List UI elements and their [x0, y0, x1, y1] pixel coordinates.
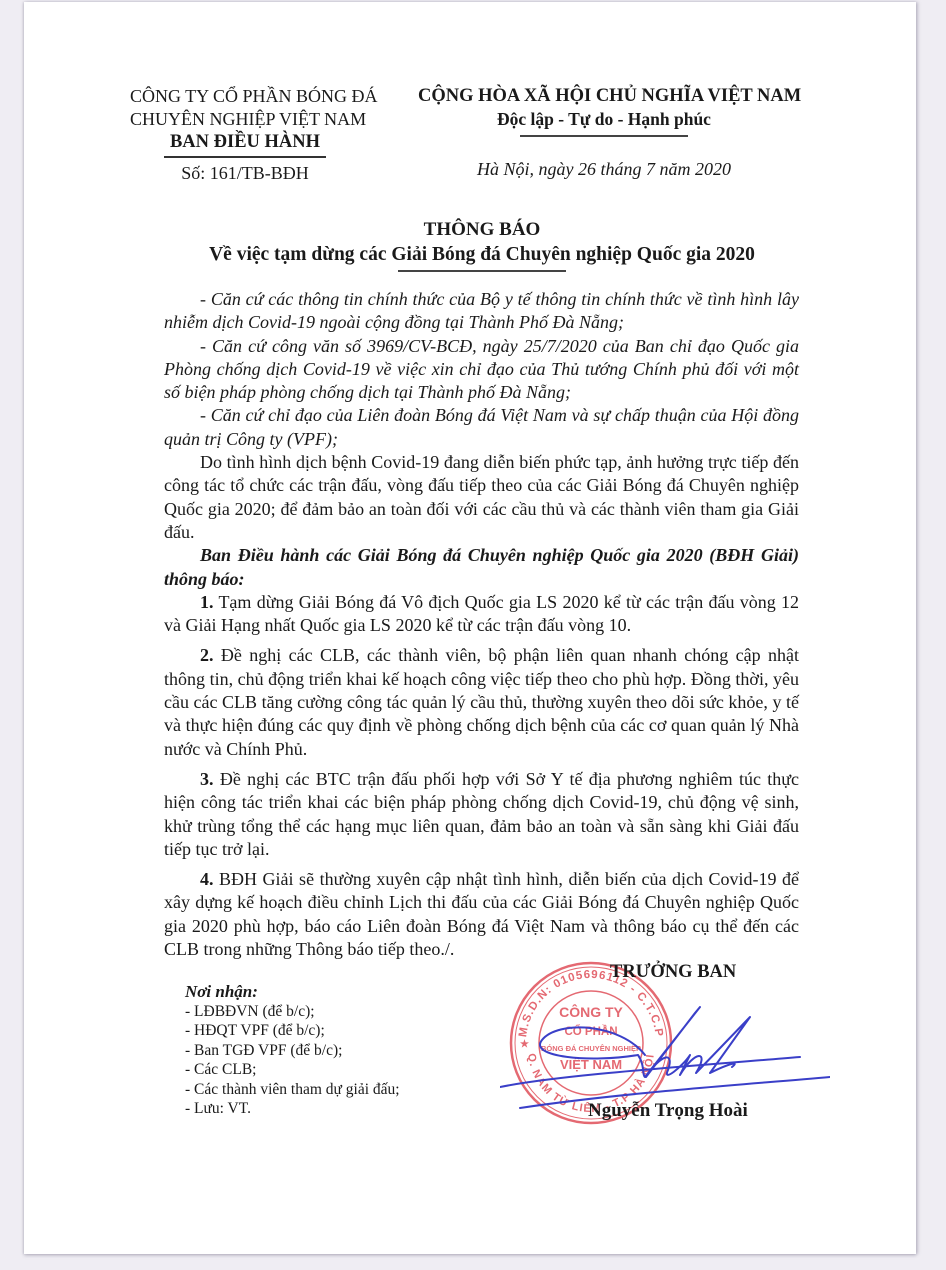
document-subject: Về việc tạm dừng các Giải Bóng đá Chuyên…	[172, 242, 792, 268]
item-number: 3.	[200, 769, 214, 789]
announcement-intro: Ban Điều hành các Giải Bóng đá Chuyên ng…	[164, 544, 799, 591]
legal-basis: - Căn cứ chỉ đạo của Liên đoàn Bóng đá V…	[164, 404, 799, 451]
recipient-item: - HĐQT VPF (để b/c);	[185, 1021, 400, 1041]
recipients-label: Nơi nhận:	[185, 982, 400, 1002]
item-text: Đề nghị các BTC trận đấu phối hợp với Sở…	[164, 769, 799, 859]
announcement-item: 3. Đề nghị các BTC trận đấu phối hợp với…	[164, 768, 799, 861]
item-text: BĐH Giải sẽ thường xuyên cập nhật tình h…	[164, 869, 799, 959]
item-text: Đề nghị các CLB, các thành viên, bộ phận…	[164, 645, 799, 758]
announcement-item: 2. Đề nghị các CLB, các thành viên, bộ p…	[164, 644, 799, 760]
document-number: Số: 161/TB-BĐH	[130, 162, 360, 185]
legal-basis: - Căn cứ công văn số 3969/CV-BCĐ, ngày 2…	[164, 335, 799, 405]
signer-name: Nguyễn Trọng Hoài	[588, 1100, 748, 1122]
recipient-item: - LĐBĐVN (để b/c);	[185, 1002, 400, 1022]
document-title: THÔNG BÁO Về việc tạm dừng các Giải Bóng…	[172, 218, 792, 272]
announcement-item: 4. BĐH Giải sẽ thường xuyên cập nhật tìn…	[164, 868, 799, 961]
document-body: - Căn cứ các thông tin chính thức của Bộ…	[164, 288, 799, 961]
issuer-block: CÔNG TY CỔ PHẦN BÓNG ĐÁ CHUYÊN NGHIỆP VI…	[130, 85, 360, 185]
document-type: THÔNG BÁO	[172, 218, 792, 242]
announcement-item: 1. Tạm dừng Giải Bóng đá Vô địch Quốc gi…	[164, 591, 799, 638]
motto-underline	[520, 135, 688, 137]
national-title: CỘNG HÒA XÃ HỘI CHỦ NGHĨA VIỆT NAM	[418, 85, 790, 108]
context-paragraph: Do tình hình dịch bệnh Covid-19 đang diễ…	[164, 451, 799, 544]
item-number: 1.	[200, 592, 214, 612]
item-text: Tạm dừng Giải Bóng đá Vô địch Quốc gia L…	[164, 592, 799, 635]
recipient-item: - Các CLB;	[185, 1060, 400, 1080]
national-motto: Độc lập - Tự do - Hạnh phúc	[418, 108, 790, 131]
recipient-item: - Các thành viên tham dự giải đấu;	[185, 1080, 400, 1100]
national-header: CỘNG HÒA XÃ HỘI CHỦ NGHĨA VIỆT NAM Độc l…	[418, 85, 790, 180]
recipients-block: Nơi nhận: - LĐBĐVN (để b/c); - HĐQT VPF …	[185, 982, 400, 1119]
signer-position: TRƯỞNG BAN	[610, 962, 736, 983]
item-number: 2.	[200, 645, 214, 665]
recipient-item: - Lưu: VT.	[185, 1099, 400, 1119]
subject-underline	[398, 270, 566, 272]
place-date: Hà Nội, ngày 26 tháng 7 năm 2020	[418, 159, 790, 180]
item-number: 4.	[200, 869, 214, 889]
legal-basis: - Căn cứ các thông tin chính thức của Bộ…	[164, 288, 799, 335]
department-underline	[164, 156, 326, 158]
company-name-line2: CHUYÊN NGHIỆP VIỆT NAM	[130, 108, 360, 131]
recipient-item: - Ban TGĐ VPF (để b/c);	[185, 1041, 400, 1061]
department-name: BAN ĐIỀU HÀNH	[130, 131, 360, 154]
company-name-line1: CÔNG TY CỔ PHẦN BÓNG ĐÁ	[130, 85, 360, 108]
